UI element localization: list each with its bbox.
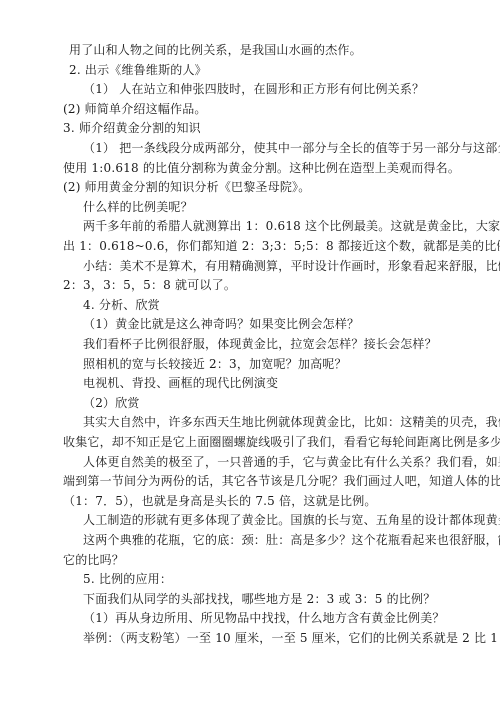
text-line: 两千多年前的希腊人就测算出 1：0.618 这个比例最美。这就是黄金比，大家可以…	[83, 219, 500, 233]
text-line: 这两个典雅的花瓶，它的底：颈：肚：高是多少？这个花瓶看起来也很舒服，能说说	[83, 533, 500, 547]
section-heading: 5. 比例的应用：	[83, 572, 172, 586]
text-line: 它的比吗？	[63, 553, 124, 567]
text-line: 其实大自然中，许多东西天生地比例就体现黄金比，比如：这精美的贝壳，我们喜欢	[83, 415, 500, 429]
text-line: 下面我们从同学的头部找找，哪些地方是 2：3 或 3：5 的比例？	[83, 592, 435, 606]
text-line: 电视机、背投、画框的现代比例演变	[83, 376, 278, 390]
section-heading: 2. 出示《维鲁维斯的人》	[69, 63, 207, 77]
section-heading: 4. 分析、欣赏	[83, 298, 160, 312]
text-line: （1）再从身边所用、所见物品中找找，什么地方含有黄金比例美？	[83, 611, 445, 625]
text-line: （1） 人在站立和伸张四肢时，在圆形和正方形有何比例关系？	[83, 82, 424, 96]
document-page: 用了山和人物之间的比例关系，是我国山水画的杰作。 2. 出示《维鲁维斯的人》 （…	[0, 0, 500, 707]
text-line: 什么样的比例美呢？	[83, 200, 193, 214]
text-line: 照相机的宽与长较接近 2：3，加宽呢？加高呢？	[83, 357, 347, 371]
text-line: 使用 1:0.618 的比值分割称为黄金分割。这种比例在造型上美观而得名。	[63, 161, 460, 175]
text-line: 收集它，却不知正是它上面圈圈螺旋线吸引了我们，看看它每轮间距离比例是多少？	[63, 435, 500, 449]
text-line: 小结：美术不是算术，有用精确测算，平时设计作画时，形象看起来舒服，比例接近	[83, 259, 500, 273]
section-heading: 3. 师介绍黄金分割的知识	[63, 121, 201, 135]
text-line: （2）欣赏	[83, 396, 140, 410]
text-line: 人工制造的形就有更多体现了黄金比。国旗的长与宽、五角星的设计都体现黄金比。	[83, 513, 500, 527]
text-line: 出 1：0.618~0.6，你们都知道 2：3;3：5;5：8 都接近这个数，就…	[63, 239, 500, 253]
text-line: （1：7．5），也就是身高是头长的 7.5 倍，这就是比例。	[63, 494, 377, 508]
text-line: （1） 把一条线段分成两部分，使其中一部分与全长的值等于另一部分与这部分的比，	[83, 141, 500, 155]
text-line: 2：3，3：5，5：8 就可以了。	[63, 278, 236, 292]
text-line: （1）黄金比就是这么神奇吗？如果变比例会怎样？	[83, 317, 359, 331]
text-line: (2) 师用黄金分割的知识分析《巴黎圣母院》。	[63, 180, 310, 194]
text-line: 我们看杯子比例很舒服，体现黄金比，拉宽会怎样？接长会怎样？	[83, 337, 437, 351]
text-line: (2) 师简单介绍这幅作品。	[63, 102, 207, 116]
text-line: 举例：（两支粉笔）一至 10 厘米，一至 5 厘米，它们的比例关系就是 2 比 …	[83, 631, 500, 645]
text-line: 用了山和人物之间的比例关系，是我国山水画的杰作。	[69, 43, 362, 57]
text-line: 人体更自然美的极至了，一只普通的手，它与黄金比有什么关系？我们看，如果从指	[83, 455, 500, 469]
text-line: 端到第一节间分为两份的话，其它各节该是几分呢？我们画过人吧，知道人体的比例吗？	[63, 474, 500, 488]
